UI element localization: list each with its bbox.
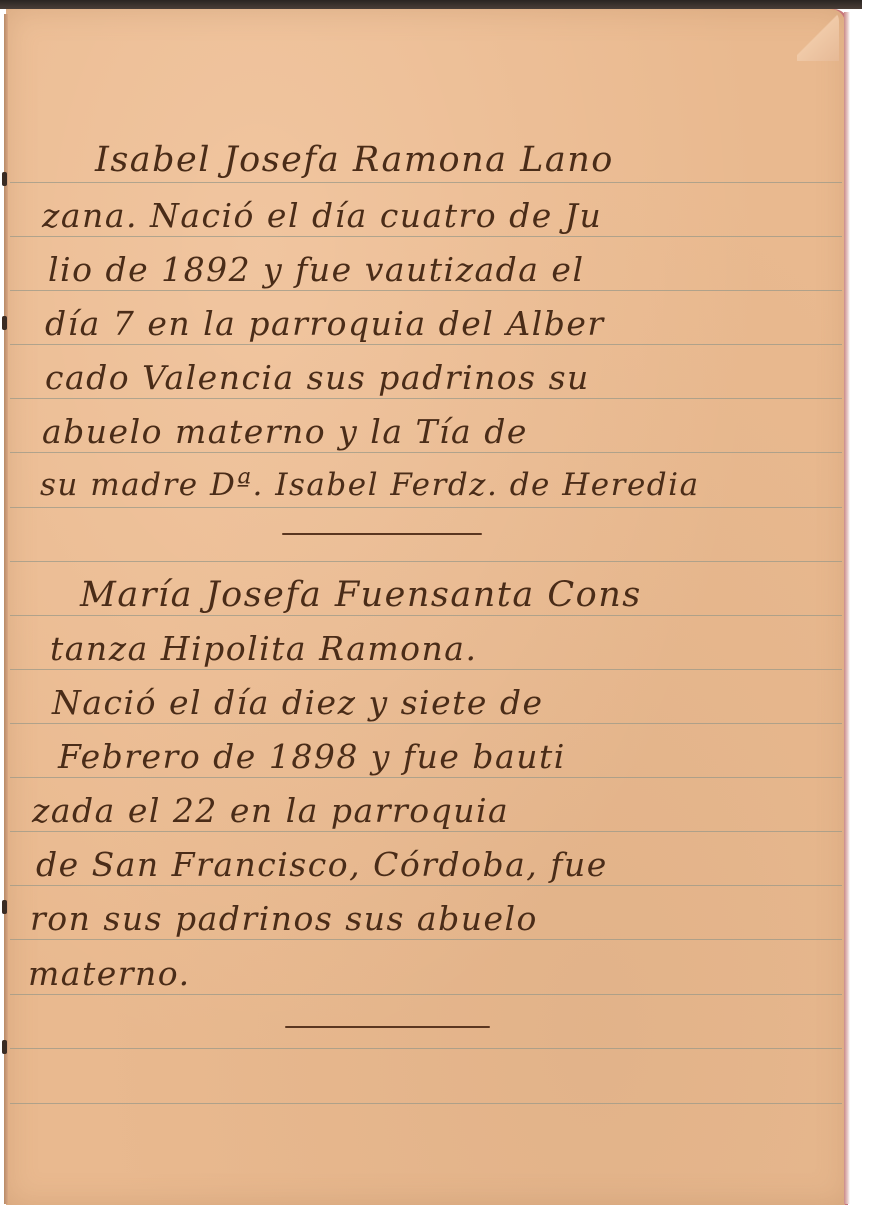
handwritten-line: materno. [28, 954, 191, 993]
ruled-line [10, 723, 842, 724]
handwritten-line: día 7 en la parroquia del Alber [45, 304, 605, 343]
ruled-line [10, 182, 842, 183]
ruled-line [10, 1103, 842, 1104]
ruled-line [10, 344, 842, 345]
ruled-line [10, 777, 842, 778]
handwritten-line: de San Francisco, Córdoba, fue [36, 845, 608, 884]
ruled-line [10, 831, 842, 832]
ruled-line [10, 452, 842, 453]
binding-staple [2, 316, 7, 330]
ruled-line [10, 561, 842, 562]
handwritten-line: ron sus padrinos sus abuelo [30, 899, 538, 938]
ruled-line [10, 507, 842, 508]
binding-staple [2, 172, 7, 186]
handwritten-line: zada el 22 en la parroquia [32, 791, 509, 830]
page-binding [4, 14, 8, 1204]
handwritten-line: abuelo materno y la Tía de [42, 412, 528, 451]
ruled-line [10, 290, 842, 291]
handwritten-line: Isabel Josefa Ramona Lano [95, 140, 614, 180]
handwritten-line: Nació el día diez y siete de [52, 683, 544, 722]
ruled-line [10, 1048, 842, 1049]
handwritten-line: cado Valencia sus padrinos su [45, 358, 590, 397]
folded-corner [797, 9, 839, 61]
ruled-line [10, 994, 842, 995]
entry-divider [285, 1026, 490, 1028]
ruled-line [10, 615, 842, 616]
ruled-line [10, 885, 842, 886]
scan-top-band [0, 0, 862, 9]
entry-divider [282, 533, 482, 535]
ruled-line [10, 669, 842, 670]
handwritten-line: Febrero de 1898 y fue bauti [58, 737, 566, 776]
ruled-line [10, 398, 842, 399]
ruled-line [10, 236, 842, 237]
handwritten-line: su madre Dª. Isabel Ferdz. de Heredia [40, 467, 700, 503]
ruled-line [10, 939, 842, 940]
handwritten-line: María Josefa Fuensanta Cons [80, 575, 642, 615]
handwritten-line: tanza Hipolita Ramona. [50, 629, 477, 668]
binding-staple [2, 900, 7, 914]
handwritten-line: lio de 1892 y fue vautizada el [48, 250, 585, 289]
page-right-edge [844, 12, 850, 1204]
binding-staple [2, 1040, 7, 1054]
handwritten-line: zana. Nació el día cuatro de Ju [42, 196, 602, 235]
